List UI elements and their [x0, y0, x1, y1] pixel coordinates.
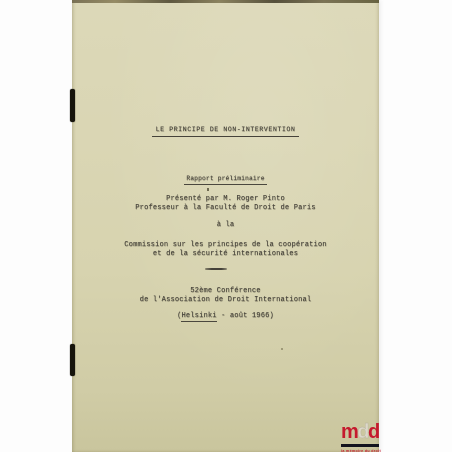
paper-speck [281, 348, 283, 350]
binding-mark-top [70, 89, 75, 122]
watermark-letters: mdd [341, 422, 379, 444]
presented-by-line: Présenté par M. Roger Pinto [72, 195, 379, 203]
paper-speck-small [207, 188, 209, 191]
commission-line-1: Commission sur les principes de la coopé… [72, 241, 379, 249]
document-title-text: LE PRINCIPE DE NON-INTERVENTION [152, 126, 300, 137]
place-date: - août 1966) [217, 312, 274, 320]
binding-mark-bottom [70, 344, 75, 376]
scanned-document-page: LE PRINCIPE DE NON-INTERVENTION Rapport … [0, 0, 452, 452]
watermark-letter-d-light: d [357, 421, 368, 443]
dedication-line: à la [72, 221, 379, 229]
watermark-caption: la mémoire du droit [341, 449, 379, 452]
conference-place-line: (Helsinki - août 1966) [72, 312, 379, 320]
place-city: Helsinki [181, 312, 216, 322]
memoire-du-droit-watermark: mdd la mémoire du droit [341, 422, 379, 452]
conference-org-line: de l'Association de Droit International [72, 296, 379, 304]
watermark-letter-m: m [341, 421, 357, 443]
watermark-bar [341, 444, 379, 447]
commission-line-2: et de la sécurité internationales [72, 250, 379, 258]
watermark-letter-d-red: d [368, 421, 379, 443]
paper-sheet: LE PRINCIPE DE NON-INTERVENTION Rapport … [72, 0, 379, 452]
paper-top-edge-shadow [72, 0, 379, 3]
presenter-role-line: Professeur à la Faculté de Droit de Pari… [72, 204, 379, 212]
report-heading: Rapport préliminaire [72, 175, 379, 183]
separator-rule [205, 268, 227, 270]
report-heading-text: Rapport préliminaire [184, 175, 266, 185]
document-title: LE PRINCIPE DE NON-INTERVENTION [72, 126, 379, 134]
conference-number-line: 52ème Conférence [72, 287, 379, 295]
